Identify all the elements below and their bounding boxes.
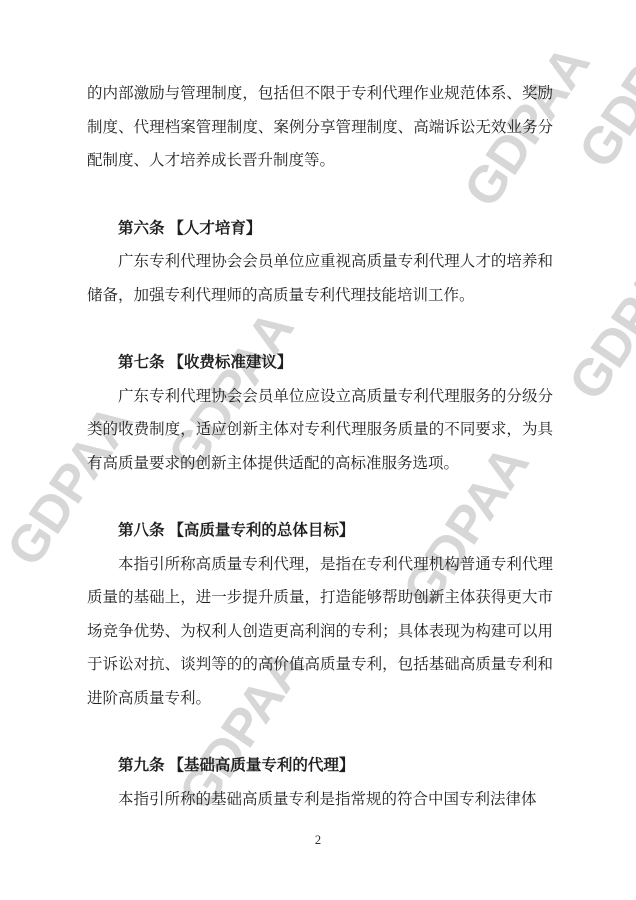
paragraph: 本指引所称高质量专利代理，是指在专利代理机构普通专利代理质量的基础上，进一步提升… xyxy=(87,548,553,716)
article-heading-8: 第八条 【高质量专利的总体目标】 xyxy=(87,514,553,548)
paragraph: 广东专利代理协会会员单位应设立高质量专利代理服务的分级分类的收费制度，适应创新主… xyxy=(87,380,553,481)
watermark-text: GDPAA xyxy=(557,229,636,411)
document-body: 的内部激励与管理制度，包括但不限于专利代理作业规范体系、奖励制度、代理档案管理制… xyxy=(87,77,553,816)
page-number: 2 xyxy=(315,833,321,847)
paragraph: 广东专利代理协会会员单位应重视高质量专利代理人才的培养和储备，加强专利代理师的高… xyxy=(87,245,553,312)
watermark-text: GDPAA xyxy=(567,0,636,179)
article-heading-9: 第九条 【基础高质量专利的代理】 xyxy=(87,749,553,783)
document-page: GDPAA GDPAA GDPAA GDPAA GDPAA GDPAA GDPA… xyxy=(0,0,636,900)
page-footer: 2 xyxy=(0,833,636,848)
article-heading-6: 第六条 【人才培育】 xyxy=(87,212,553,246)
paragraph: 本指引所称的基础高质量专利是指常规的符合中国专利法律体 xyxy=(87,783,553,817)
paragraph-continuation: 的内部激励与管理制度，包括但不限于专利代理作业规范体系、奖励制度、代理档案管理制… xyxy=(87,77,553,178)
article-heading-7: 第七条 【收费标准建议】 xyxy=(87,346,553,380)
